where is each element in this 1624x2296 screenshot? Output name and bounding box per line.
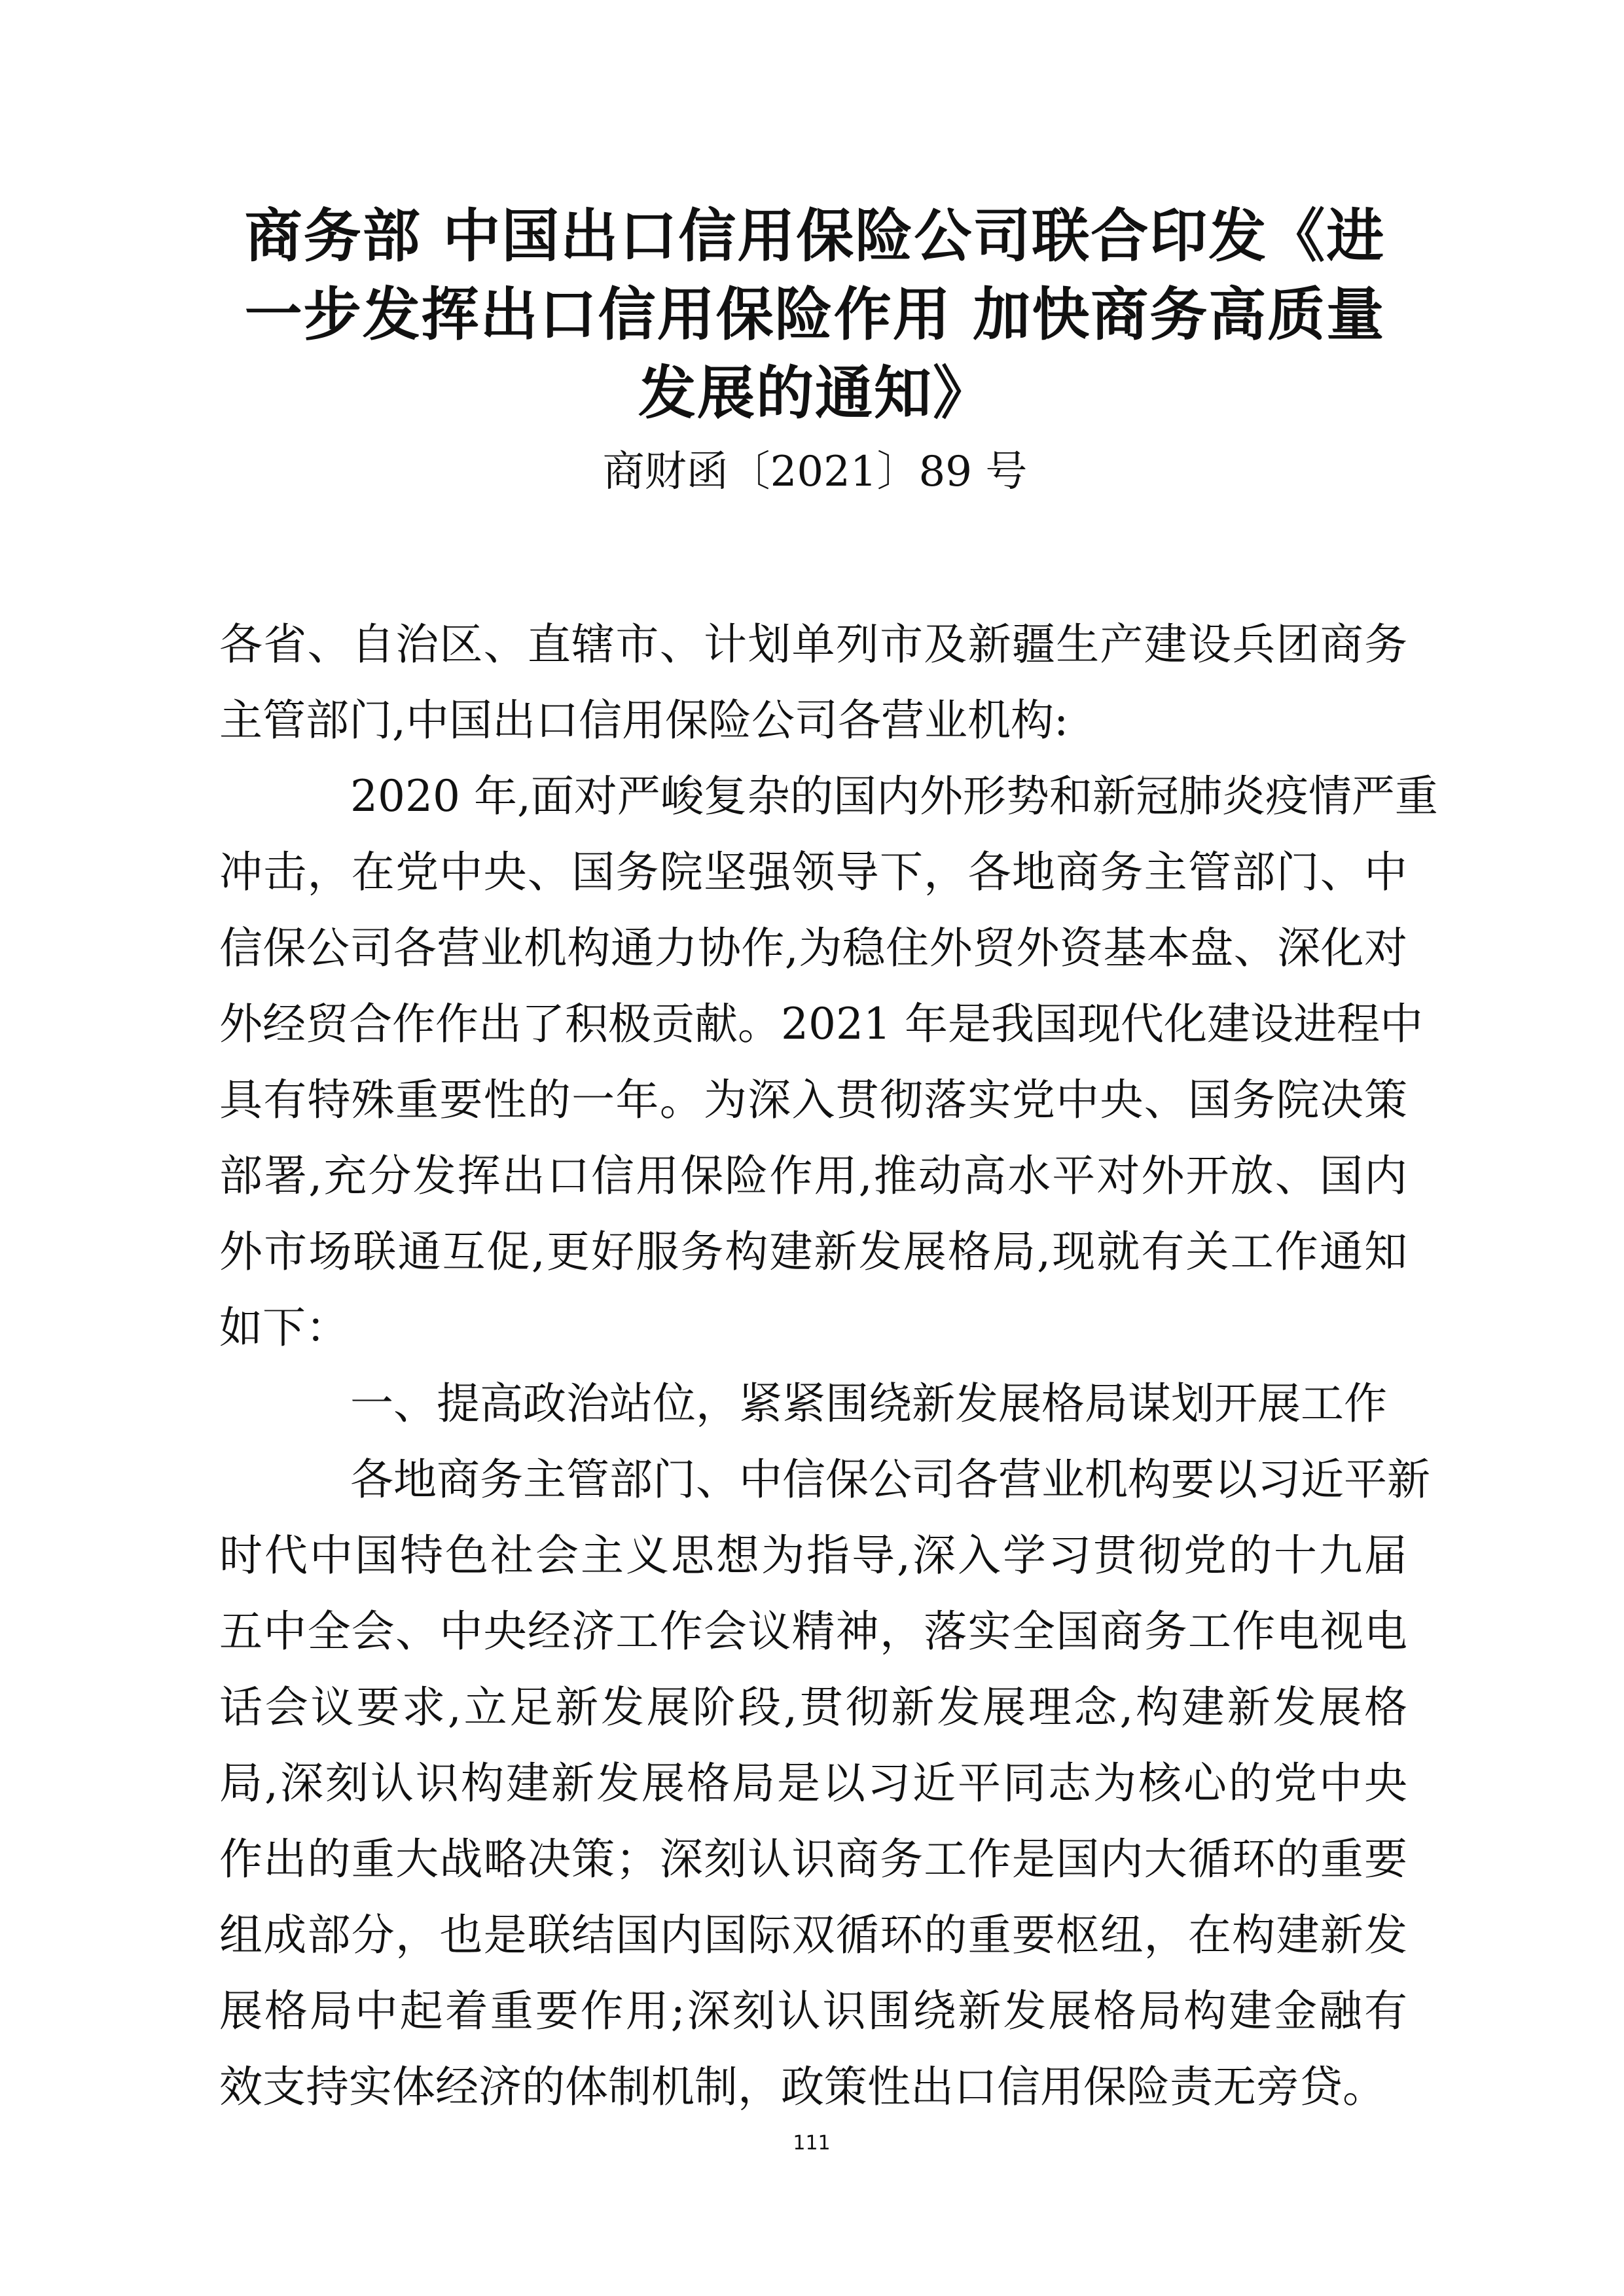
document-number: 商财函〔2021〕89 号 [216,442,1414,501]
paragraph-line: 外经贸合作作出了积极贡献。2021 年是我国现代化建设进程中 [219,992,1407,1067]
paragraph-line: 话会议要求,立足新发展阶段,贯彻新发展理念,构建新发展格 [219,1675,1407,1751]
addressee-line-1: 各省、自治区、直辖市、计划单列市及新疆生产建设兵团商务 [219,612,1407,688]
paragraph-line: 展格局中起着重要作用;深刻认识围绕新发展格局构建金融有 [219,1979,1407,2054]
paragraph-line: 部署,充分发挥出口信用保险作用,推动高水平对外开放、国内 [219,1143,1407,1219]
paragraph-line: 时代中国特色社会主义思想为指导,深入学习贯彻党的十九届 [219,1523,1407,1599]
title-line-3: 发展的通知》 [216,353,1414,432]
document-page: 商务部 中国出口信用保险公司联合印发《进 一步发挥出口信用保险作用 加快商务高质… [0,0,1624,2296]
paragraph-line: 作出的重大战略决策；深刻认识商务工作是国内大循环的重要 [219,1827,1407,1903]
paragraph-line: 2020 年,面对严峻复杂的国内外形势和新冠肺炎疫情严重 [219,764,1407,840]
paragraph-line: 信保公司各营业机构通力协作,为稳住外贸外资基本盘、深化对 [219,916,1407,992]
paragraph-line: 效支持实体经济的体制机制，政策性出口信用保险责无旁贷。 [219,2054,1407,2130]
title-line-2: 一步发挥出口信用保险作用 加快商务高质量 [216,275,1414,353]
section-heading-1: 一、提高政治站位，紧紧围绕新发展格局谋划开展工作 [219,1371,1407,1447]
document-body: 各省、自治区、直辖市、计划单列市及新疆生产建设兵团商务 主管部门,中国出口信用保… [219,612,1407,2130]
paragraph-line: 具有特殊重要性的一年。为深入贯彻落实党中央、国务院决策 [219,1067,1407,1143]
paragraph-line: 各地商务主管部门、中信保公司各营业机构要以习近平新 [219,1447,1407,1523]
paragraph-line: 局,深刻认识构建新发展格局是以习近平同志为核心的党中央 [219,1751,1407,1827]
paragraph-line: 组成部分，也是联结国内国际双循环的重要枢纽，在构建新发 [219,1903,1407,1979]
addressee-line-2: 主管部门,中国出口信用保险公司各营业机构: [219,688,1407,764]
title-line-1: 商务部 中国出口信用保险公司联合印发《进 [216,196,1414,275]
document-title: 商务部 中国出口信用保险公司联合印发《进 一步发挥出口信用保险作用 加快商务高质… [216,196,1414,432]
paragraph-line: 外市场联通互促,更好服务构建新发展格局,现就有关工作通知 [219,1219,1407,1295]
page-number: 111 [779,2130,844,2157]
paragraph-line: 如下： [219,1295,1407,1371]
paragraph-line: 冲击，在党中央、国务院坚强领导下，各地商务主管部门、中 [219,840,1407,916]
paragraph-line: 五中全会、中央经济工作会议精神，落实全国商务工作电视电 [219,1599,1407,1675]
